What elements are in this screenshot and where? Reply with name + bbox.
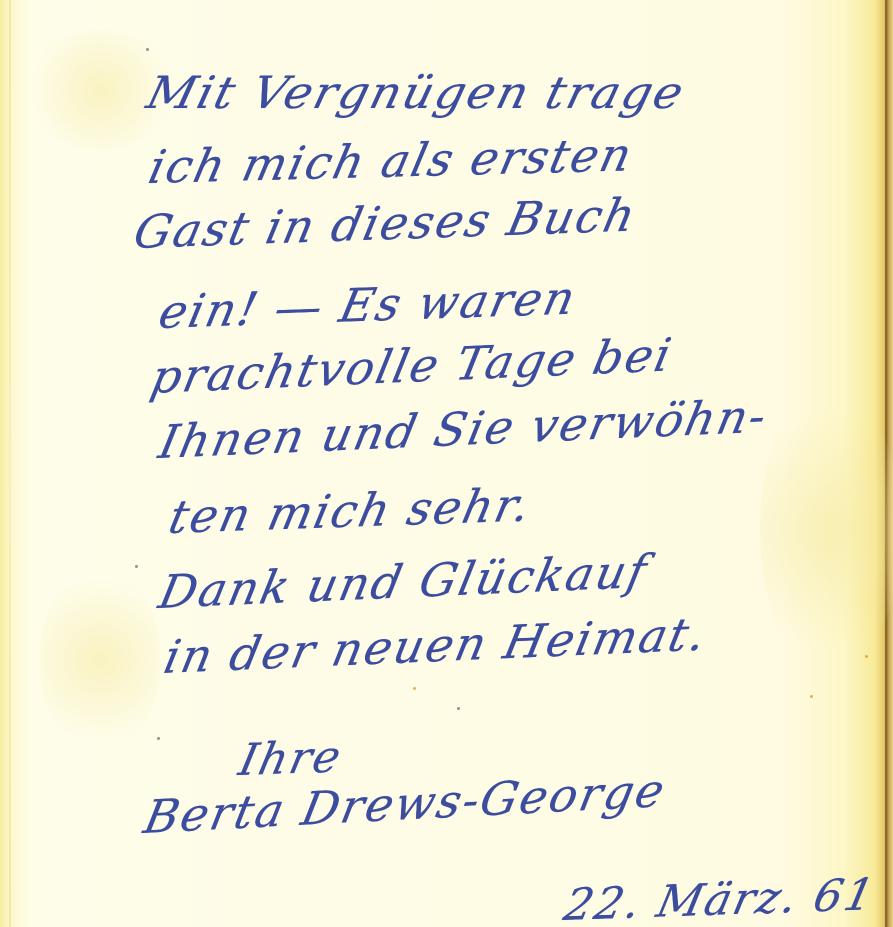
ink-speck <box>135 565 138 568</box>
paper-speck <box>413 687 416 690</box>
handwritten-line-8: Dank und Glückauf <box>154 544 652 619</box>
signature-closing: Ihre <box>235 731 348 785</box>
handwritten-date: 22. März. 61 <box>560 869 881 927</box>
handwritten-line-9: in der neuen Heimat. <box>159 607 712 684</box>
paper-stain <box>760 380 893 680</box>
handwritten-line-1: Mit Vergnügen trage <box>141 67 690 119</box>
ink-speck <box>146 48 149 51</box>
page-gutter <box>9 0 11 927</box>
paper-speck <box>865 655 868 658</box>
ink-speck <box>457 707 460 710</box>
ink-speck <box>157 737 160 740</box>
handwritten-line-7: ten mich sehr. <box>164 478 537 544</box>
paper-stain <box>40 560 160 760</box>
paper-speck <box>810 695 813 698</box>
signature-name: Berta Drews-George <box>140 763 671 844</box>
handwritten-line-2: ich mich als ersten <box>144 127 639 194</box>
handwritten-line-4: ein! — Es waren <box>154 271 582 339</box>
guestbook-page: Mit Vergnügen trage ich mich als ersten … <box>0 0 893 927</box>
handwritten-line-6: Ihnen und Sie verwöhn- <box>154 389 772 469</box>
handwritten-line-5: prachtvolle Tage bei <box>146 328 677 404</box>
handwritten-line-3: Gast in dieses Buch <box>129 188 642 259</box>
